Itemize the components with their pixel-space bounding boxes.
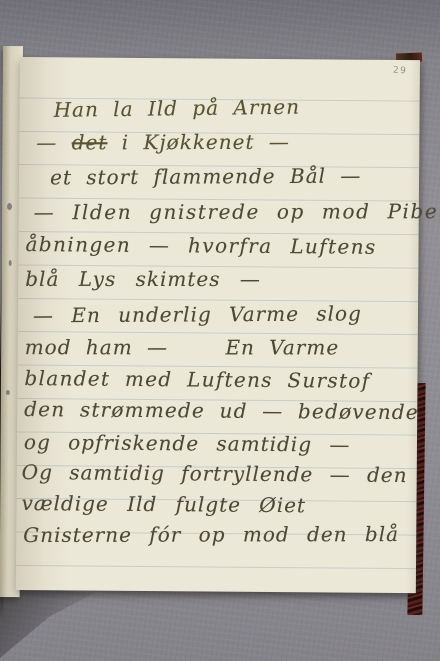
line-text: i Kjøkkenet — <box>107 130 290 154</box>
line-text: blandet med Luftens Surstof <box>24 366 370 393</box>
line-text: — <box>36 130 71 154</box>
stray-pencil-mark <box>7 203 12 210</box>
line-text: åbningen — hvorfra Luftens <box>25 232 376 259</box>
line-text: — Ilden gnistrede op mod Pibe <box>34 199 439 224</box>
line-text: Han la Ild på Arnen <box>53 95 300 122</box>
struck-word: det <box>72 130 108 154</box>
line-text: mod ham — En Varme <box>25 335 339 359</box>
manuscript-line: blandet med Luftens Surstof <box>24 368 370 391</box>
stray-pencil-mark <box>9 260 12 266</box>
manuscript-line: Han la Ild på Arnen <box>53 97 300 120</box>
manuscript-line: og opfriskende samtidig — <box>24 432 351 455</box>
line-text: den strømmede ud — bedøvende <box>24 397 419 424</box>
manuscript-line: åbningen — hvorfra Luftens <box>25 234 376 257</box>
line-text: — En underlig Varme slog <box>33 301 362 327</box>
manuscript-line: den strømmede ud — bedøvende <box>24 399 419 422</box>
manuscript-line: vældige Ild fulgte Øiet <box>21 493 306 515</box>
photo-background: 29 Han la Ild på Arnen — det i Kjøkkenet… <box>0 0 440 661</box>
page-number: 29 <box>392 66 407 77</box>
line-text: Og samtidig fortryllende — den <box>22 460 408 487</box>
manuscript-line: mod ham — En Varme <box>25 337 339 357</box>
manuscript-line: Gnisterne fór op mod den blå <box>23 524 399 545</box>
line-text: Gnisterne fór op mod den blå <box>23 522 399 547</box>
manuscript-line: et stort flammende Bål — <box>50 166 361 188</box>
line-text: og opfriskende samtidig — <box>24 430 351 457</box>
manuscript-line: Og samtidig fortryllende — den <box>22 462 408 485</box>
manuscript-line: — En underlig Varme slog <box>33 303 362 325</box>
notebook-page: 29 Han la Ild på Arnen — det i Kjøkkenet… <box>16 57 420 593</box>
line-text: blå Lys skimtes — <box>25 267 261 291</box>
manuscript-line: — det i Kjøkkenet — <box>36 132 290 153</box>
manuscript-line: blå Lys skimtes — <box>25 269 261 289</box>
line-text: vældige Ild fulgte Øiet <box>21 491 306 517</box>
manuscript-line: — Ilden gnistrede op mod Pibe <box>34 201 439 222</box>
line-text: et stort flammende Bål — <box>50 164 361 190</box>
stray-pencil-mark <box>6 390 10 395</box>
